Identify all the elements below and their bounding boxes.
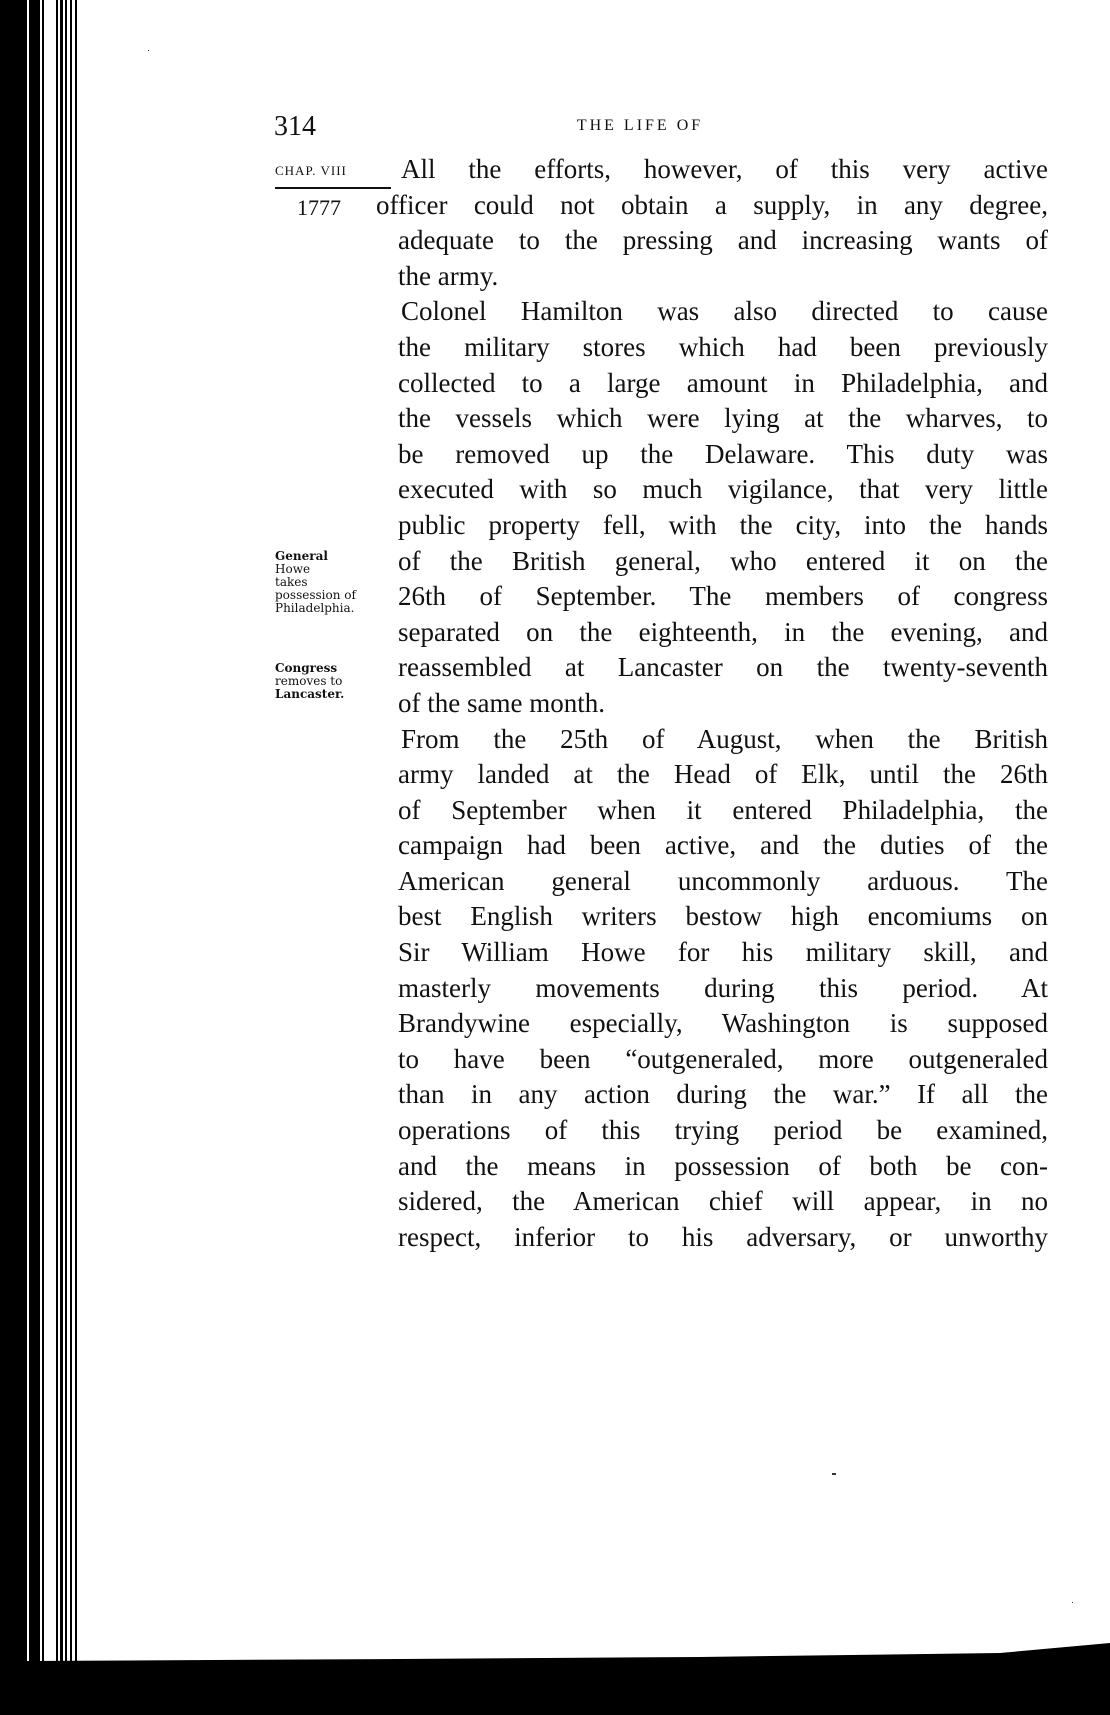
- text-line: of September when it entered Philadelphi…: [398, 793, 1048, 829]
- text-line: sidered, the American chief will appear,…: [398, 1184, 1048, 1220]
- text-line: army landed at the Head of Elk, until th…: [398, 757, 1048, 793]
- text-line: to have been “outgeneraled, more outgene…: [398, 1042, 1048, 1078]
- binding-bar: [65, 0, 67, 1715]
- sidenote-howe-takes-philadelphia: General Howe takes possession of Philade…: [275, 550, 395, 615]
- text-line: collected to a large amount in Philadelp…: [398, 366, 1048, 402]
- text-line: and the means in possession of both be c…: [398, 1149, 1048, 1185]
- text-line: American general uncommonly arduous. The: [398, 864, 1048, 900]
- body-text: All the efforts, however, of this very a…: [398, 152, 1048, 1255]
- paragraph: From the 25th of August, when the Britis…: [398, 722, 1048, 1256]
- binding-bar: [60, 0, 63, 1715]
- margin-year: 1777: [297, 195, 341, 221]
- text-line: officer could not obtain a supply, in an…: [376, 188, 1048, 224]
- page-number: 314: [274, 112, 316, 142]
- text-line: the military stores which had been previ…: [398, 330, 1048, 366]
- binding-bar: [42, 0, 44, 1715]
- sidenote-congress-removes: Congress removes to Lancaster.: [275, 662, 395, 701]
- text-line: campaign had been active, and the duties…: [398, 828, 1048, 864]
- binding-bar: [56, 0, 58, 1715]
- text-line: separated on the eighteenth, in the even…: [398, 615, 1048, 651]
- binding-bar: [75, 0, 77, 1715]
- scan-bottom-edge: [0, 1625, 1110, 1715]
- paragraph: Colonel Hamilton was also directed to ca…: [398, 294, 1048, 721]
- book-binding-edge: [0, 0, 80, 1715]
- scan-speck: [832, 1473, 836, 1475]
- binding-bar: [29, 0, 40, 1715]
- text-line: of the same month.: [398, 686, 1048, 722]
- text-line: executed with so much vigilance, that ve…: [398, 472, 1048, 508]
- text-line: respect, inferior to his adversary, or u…: [398, 1220, 1048, 1256]
- sidenote-line: Lancaster.: [275, 688, 395, 701]
- binding-bar: [70, 0, 72, 1715]
- text-line: of the British general, who entered it o…: [398, 544, 1048, 580]
- text-line: than in any action during the war.” If a…: [398, 1077, 1048, 1113]
- text-line: Sir William Howe for his military skill,…: [398, 935, 1048, 971]
- binding-bar: [0, 0, 27, 1715]
- sidenote-line: Philadelphia.: [275, 602, 395, 615]
- text-line: Colonel Hamilton was also directed to ca…: [398, 294, 1048, 330]
- paragraph: All the efforts, however, of this very a…: [398, 152, 1048, 294]
- text-line: 26th of September. The members of congre…: [398, 579, 1048, 615]
- text-line: Brandywine especially, Washington is sup…: [398, 1006, 1048, 1042]
- text-line: adequate to the pressing and increasing …: [398, 223, 1048, 259]
- text-line: the army.: [398, 259, 1048, 295]
- scan-speck: [148, 50, 149, 51]
- text-line: All the efforts, however, of this very a…: [398, 152, 1048, 188]
- text-line: operations of this trying period be exam…: [398, 1113, 1048, 1149]
- running-head-title: THE LIFE OF: [540, 114, 740, 138]
- chapter-label: CHAP. VIII: [275, 161, 391, 181]
- chapter-rule-divider: [275, 187, 391, 189]
- text-line: From the 25th of August, when the Britis…: [398, 722, 1048, 758]
- text-line: public property fell, with the city, int…: [398, 508, 1048, 544]
- text-line: best English writers bestow high encomiu…: [398, 899, 1048, 935]
- text-line: masterly movements during this period. A…: [398, 971, 1048, 1007]
- scan-speck: [1072, 1602, 1073, 1603]
- running-head: 314 THE LIFE OF: [0, 112, 1110, 142]
- text-line: the vessels which were lying at the whar…: [398, 401, 1048, 437]
- text-line: reassembled at Lancaster on the twenty-s…: [398, 650, 1048, 686]
- text-line: be removed up the Delaware. This duty wa…: [398, 437, 1048, 473]
